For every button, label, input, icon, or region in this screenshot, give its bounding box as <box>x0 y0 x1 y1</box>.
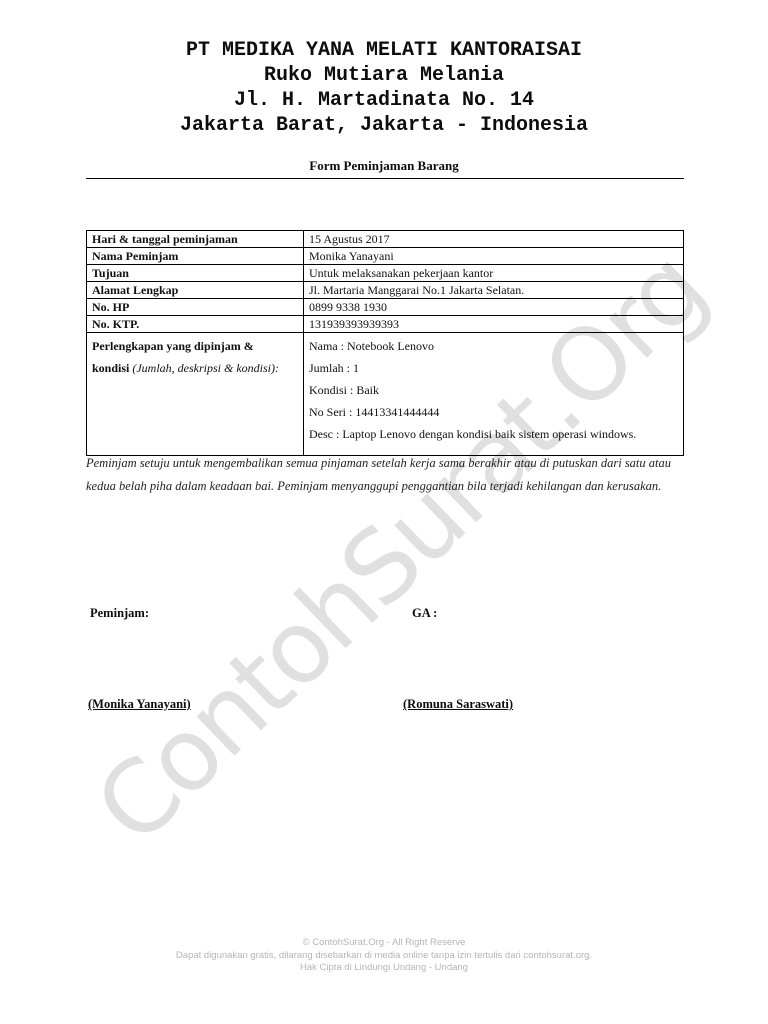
equipment-value: Nama : Notebook Lenovo Jumlah : 1 Kondis… <box>304 333 684 456</box>
address-line-1: Ruko Mutiara Melania <box>0 63 768 88</box>
company-name: PT MEDIKA YANA MELATI KANTORAISAI <box>0 38 768 63</box>
table-row: No. HP 0899 9338 1930 <box>87 299 684 316</box>
table-row: Alamat Lengkap Jl. Martaria Manggarai No… <box>87 282 684 299</box>
row-label: Nama Peminjam <box>87 248 304 265</box>
signature-role-borrower: Peminjam: <box>90 606 149 621</box>
equipment-line-desc: Desc : Laptop Lenovo dengan kondisi baik… <box>309 423 679 445</box>
document-page: ContohSurat.Org PT MEDIKA YANA MELATI KA… <box>0 0 768 1024</box>
row-value: 131939393939393 <box>304 316 684 333</box>
equipment-line-noseri: No Seri : 14413341444444 <box>309 401 679 423</box>
equipment-row: Perlengkapan yang dipinjam & kondisi (Ju… <box>87 333 684 456</box>
footer-usage-notice: Dapat digunakan gratis, dilarang disebar… <box>0 950 768 963</box>
row-value: Monika Yanayani <box>304 248 684 265</box>
equipment-line-nama: Nama : Notebook Lenovo <box>309 335 679 357</box>
equipment-label-line-2: kondisi (Jumlah, deskripsi & kondisi): <box>92 357 299 379</box>
equipment-label-line-1: Perlengkapan yang dipinjam & <box>92 335 299 357</box>
title-rule <box>86 178 684 179</box>
row-value: Jl. Martaria Manggarai No.1 Jakarta Sela… <box>304 282 684 299</box>
table-row: Nama Peminjam Monika Yanayani <box>87 248 684 265</box>
row-value: 0899 9338 1930 <box>304 299 684 316</box>
address-line-2: Jl. H. Martadinata No. 14 <box>0 88 768 113</box>
table-row: Tujuan Untuk melaksanakan pekerjaan kant… <box>87 265 684 282</box>
row-label: Tujuan <box>87 265 304 282</box>
row-label: No. KTP. <box>87 316 304 333</box>
equipment-line-jumlah: Jumlah : 1 <box>309 357 679 379</box>
footer: © ContohSurat.Org - All Right Reserve Da… <box>0 937 768 975</box>
footer-law-notice: Hak Cipta di Lindungi Undang - Undang <box>0 962 768 975</box>
letterhead: PT MEDIKA YANA MELATI KANTORAISAI Ruko M… <box>0 38 768 138</box>
document-content: PT MEDIKA YANA MELATI KANTORAISAI Ruko M… <box>0 0 768 1024</box>
loan-form-table: Hari & tanggal peminjaman 15 Agustus 201… <box>86 230 684 456</box>
row-label: Alamat Lengkap <box>87 282 304 299</box>
equipment-label-italic: (Jumlah, deskripsi & kondisi): <box>132 361 279 375</box>
table-row: No. KTP. 131939393939393 <box>87 316 684 333</box>
agreement-paragraph: Peminjam setuju untuk mengembalikan semu… <box>86 452 684 498</box>
row-value: 15 Agustus 2017 <box>304 231 684 248</box>
signature-name-ga: (Romuna Saraswati) <box>403 697 513 712</box>
form-title: Form Peminjaman Barang <box>0 158 768 174</box>
address-line-3: Jakarta Barat, Jakarta - Indonesia <box>0 113 768 138</box>
signature-role-ga: GA : <box>412 606 437 621</box>
equipment-line-kondisi: Kondisi : Baik <box>309 379 679 401</box>
table-row: Hari & tanggal peminjaman 15 Agustus 201… <box>87 231 684 248</box>
signature-name-borrower: (Monika Yanayani) <box>88 697 191 712</box>
row-label: Hari & tanggal peminjaman <box>87 231 304 248</box>
equipment-label-bold: kondisi <box>92 361 129 375</box>
row-label: No. HP <box>87 299 304 316</box>
equipment-label: Perlengkapan yang dipinjam & kondisi (Ju… <box>87 333 304 456</box>
row-value: Untuk melaksanakan pekerjaan kantor <box>304 265 684 282</box>
footer-copyright: © ContohSurat.Org - All Right Reserve <box>0 937 768 950</box>
